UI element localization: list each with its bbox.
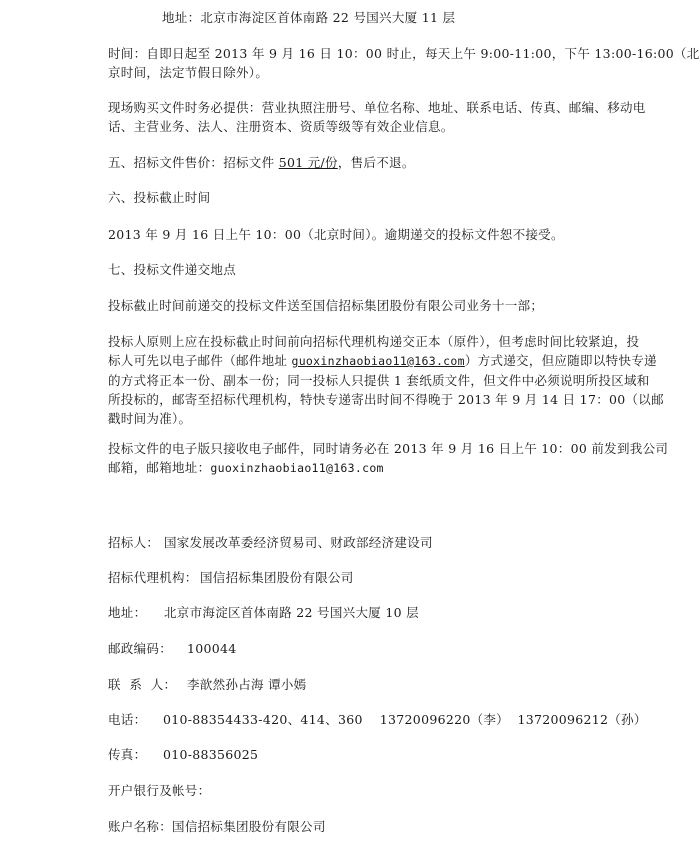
submission-note-row: 的方式将正本一份、副本一份；同一投标人只提供 1 套纸质文件，但文件中必须说明所… bbox=[108, 371, 643, 390]
document-page: 地址：北京市海淀区首体南路 22 号国兴大厦 11 层 时间：自即日起至 201… bbox=[0, 0, 700, 844]
account-name-value: 国信招标集团股份有限公司 bbox=[172, 819, 326, 834]
electronic-note-row: 邮箱，邮箱地址：guoxinzhaobiao11@163.com bbox=[108, 458, 643, 478]
onsite-requirements-paragraph: 现场购买文件时务必提供：营业执照注册号、单位名称、地址、联系电话、传真、邮编、移… bbox=[108, 98, 643, 136]
fax-value: 010-88356025 bbox=[163, 747, 258, 763]
postcode-value: 100044 bbox=[187, 641, 237, 657]
fax-label: 传真： bbox=[108, 747, 146, 763]
address-field: 地址： 北京市海淀区首体南路 22 号国兴大厦 10 层 bbox=[108, 605, 146, 621]
sale-time-row: 京时间，法定节假日除外）。 bbox=[108, 63, 643, 82]
tenderer-field: 招标人： 国家发展改革委经济贸易司、财政部经济建设司 bbox=[108, 535, 159, 551]
electronic-note-row: 投标文件的电子版只接收电子邮件，同时请务必在 2013 年 9 月 16 日上午… bbox=[108, 439, 643, 458]
address-value: 北京市海淀区首体南路 22 号国兴大厦 10 层 bbox=[164, 605, 419, 621]
agency-label: 招标代理机构： bbox=[108, 570, 198, 586]
contact-person-field: 联 系 人： 李歆然孙占海 谭小嫣 bbox=[108, 677, 176, 693]
submission-note-row: 所投标的，邮寄至招标代理机构，特快专递寄出时间不得晚于 2013 年 9 月 1… bbox=[108, 390, 643, 409]
electronic-note-paragraph: 投标文件的电子版只接收电子邮件，同时请务必在 2013 年 9 月 16 日上午… bbox=[108, 439, 643, 478]
tenderer-label: 招标人： bbox=[108, 535, 159, 551]
submission-note-row: 标人可先以电子邮件（邮件地址 guoxinzhaobiao11@163.com）… bbox=[108, 351, 643, 371]
submission-note-row: 戳时间为准）。 bbox=[108, 409, 643, 428]
document-price: 501 元/份 bbox=[279, 155, 338, 170]
phone-label: 电话： bbox=[108, 712, 146, 728]
address-label: 地址： bbox=[108, 605, 146, 621]
section-5-suffix: ，售后不退。 bbox=[338, 155, 415, 170]
contact-person-value: 李歆然孙占海 谭小嫣 bbox=[187, 677, 306, 693]
phone-field: 电话： 010-88354433-420、414、360 13720096220… bbox=[108, 712, 146, 728]
fax-field: 传真： 010-88356025 bbox=[108, 747, 146, 763]
agency-field: 招标代理机构： 国信招标集团股份有限公司 bbox=[108, 570, 198, 586]
onsite-requirements-row: 现场购买文件时务必提供：营业执照注册号、单位名称、地址、联系电话、传真、邮编、移… bbox=[108, 98, 643, 117]
tenderer-value: 国家发展改革委经济贸易司、财政部经济建设司 bbox=[164, 535, 433, 551]
agency-value: 国信招标集团股份有限公司 bbox=[200, 570, 354, 586]
section-7-heading: 七、投标文件递交地点 bbox=[108, 262, 236, 278]
bank-field: 开户银行及帐号： bbox=[108, 783, 210, 799]
account-name-field: 账户名称：国信招标集团股份有限公司 bbox=[108, 819, 326, 835]
postcode-label: 邮政编码： bbox=[108, 641, 172, 657]
submission-note-row2-suffix: ）方式递交，但应随即以特快专递 bbox=[465, 353, 657, 368]
section-7-location: 投标截止时间前递交的投标文件送至国信招标集团股份有限公司业务十一部； bbox=[108, 298, 543, 314]
sale-time-paragraph: 时间：自即日起至 2013 年 9 月 16 日 10：00 时止，每天上午 9… bbox=[108, 44, 643, 82]
onsite-requirements-row: 话、主营业务、法人、注册资本、资质等级等有效企业信息。 bbox=[108, 117, 643, 136]
account-name-label: 账户名称： bbox=[108, 819, 172, 835]
section-6-deadline: 2013 年 9 月 16 日上午 10：00（北京时间）。逾期递交的投标文件恕… bbox=[108, 227, 564, 243]
electronic-note-row2-prefix: 邮箱，邮箱地址： bbox=[108, 460, 210, 475]
submission-note-row: 投标人原则上应在投标截止时间前向招标代理机构递交正本（原件），但考虑时间比较紧迫… bbox=[108, 332, 643, 351]
email-link[interactable]: guoxinzhaobiao11@163.com bbox=[291, 354, 464, 368]
submission-note-paragraph: 投标人原则上应在投标截止时间前向招标代理机构递交正本（原件），但考虑时间比较紧迫… bbox=[108, 332, 643, 428]
section-5-price: 五、招标文件售价：招标文件 501 元/份，售后不退。 bbox=[108, 155, 415, 171]
phone-value: 010-88354433-420、414、360 13720096220（李） … bbox=[163, 712, 647, 728]
section-6-heading: 六、投标截止时间 bbox=[108, 190, 210, 206]
sale-address: 地址：北京市海淀区首体南路 22 号国兴大厦 11 层 bbox=[162, 10, 455, 26]
contact-person-label: 联 系 人： bbox=[108, 677, 176, 693]
sale-time-row: 时间：自即日起至 2013 年 9 月 16 日 10：00 时止，每天上午 9… bbox=[108, 44, 643, 63]
postcode-field: 邮政编码： 100044 bbox=[108, 641, 172, 657]
email-address: guoxinzhaobiao11@163.com bbox=[210, 461, 383, 475]
section-5-prefix: 五、招标文件售价：招标文件 bbox=[108, 155, 279, 170]
bank-label: 开户银行及帐号： bbox=[108, 783, 210, 799]
submission-note-row2-prefix: 标人可先以电子邮件（邮件地址 bbox=[108, 353, 291, 368]
